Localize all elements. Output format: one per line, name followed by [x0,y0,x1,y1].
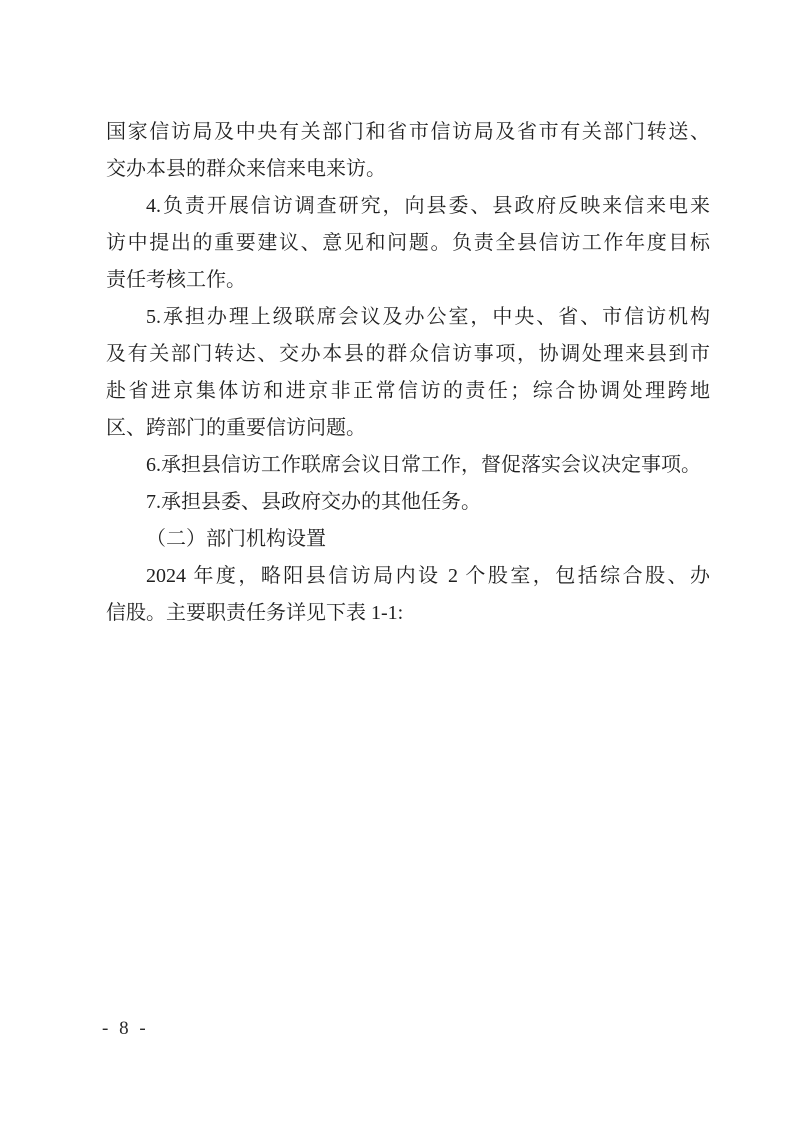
text-line: 及有关部门转达、交办本县的群众信访事项，协调处理来县到市 [106,336,710,373]
text-line: 6.承担县信访工作联席会议日常工作，督促落实会议决定事项。 [106,447,710,484]
text-line: 访中提出的重要建议、意见和问题。负责全县信访工作年度目标 [106,225,710,262]
text-line: 5.承担办理上级联席会议及办公室，中央、省、市信访机构 [106,299,710,336]
text-line: 交办本县的群众来信来电来访。 [106,151,710,188]
section-heading: （二）部门机构设置 [106,521,710,558]
text-line: 4.负责开展信访调查研究，向县委、县政府反映来信来电来 [106,188,710,225]
text-line: 7.承担县委、县政府交办的其他任务。 [106,484,710,521]
page-number: - 8 - [102,1016,149,1042]
text-line: 2024 年度，略阳县信访局内设 2 个股室，包括综合股、办 [106,558,710,595]
text-line: 区、跨部门的重要信访问题。 [106,410,710,447]
document-text-block: 国家信访局及中央有关部门和省市信访局及省市有关部门转送、 交办本县的群众来信来电… [106,114,710,632]
document-page: 国家信访局及中央有关部门和省市信访局及省市有关部门转送、 交办本县的群众来信来电… [0,0,793,1122]
text-line: 国家信访局及中央有关部门和省市信访局及省市有关部门转送、 [106,114,710,151]
text-line: 责任考核工作。 [106,262,710,299]
text-line: 信股。主要职责任务详见下表 1-1: [106,595,710,632]
text-line: 赴省进京集体访和进京非正常信访的责任；综合协调处理跨地 [106,373,710,410]
